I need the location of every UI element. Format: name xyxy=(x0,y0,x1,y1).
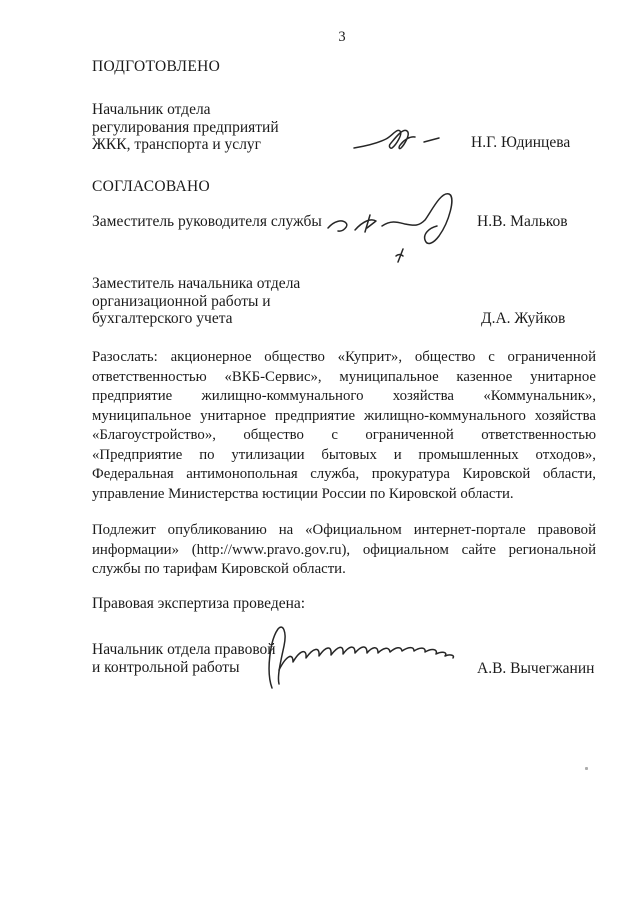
legal-review-label: Правовая экспертиза проведена: xyxy=(92,595,305,613)
name-yudintseva: Н.Г. Юдинцева xyxy=(471,134,570,152)
name-vychegzhanin: А.В. Вычегжанин xyxy=(477,660,594,678)
deputy-head-department-position: Заместитель начальника отдела организаци… xyxy=(92,275,300,328)
prepared-heading: ПОДГОТОВЛЕНО xyxy=(92,58,220,76)
position-line: Заместитель начальника отдела xyxy=(92,275,300,293)
paragraph-line: Федеральная антимонопольная служба, прок… xyxy=(92,465,596,485)
paragraph-line: предприятие жилищно-коммунального хозяйс… xyxy=(92,387,596,407)
paragraph-line: Подлежит опубликованию на «Официальном и… xyxy=(92,521,596,541)
deputy-head-service-position: Заместитель руководителя службы xyxy=(92,213,322,231)
position-line: регулирования предприятий xyxy=(92,119,279,137)
name-malkov: Н.В. Мальков xyxy=(477,213,568,231)
paragraph-line: управление Министерства юстиции России п… xyxy=(92,485,596,505)
paragraph-line: муниципальное унитарное предприятие жили… xyxy=(92,407,596,427)
handwritten-signature-icon xyxy=(352,123,452,157)
distribution-paragraph: Разослать: акционерное общество «Куприт»… xyxy=(92,348,596,504)
name-zhuykov: Д.А. Жуйков xyxy=(481,310,565,328)
signature-malkov xyxy=(325,187,480,269)
paragraph-line: Разослать: акционерное общество «Куприт»… xyxy=(92,348,596,368)
document-page: 3 ПОДГОТОВЛЕНО Начальник отдела регулиро… xyxy=(0,0,640,905)
handwritten-signature-icon xyxy=(325,187,480,269)
agreed-heading: СОГЛАСОВАНО xyxy=(92,178,210,196)
position-line: организационной работы и xyxy=(92,293,300,311)
paragraph-line: ответственностью «ВКБ-Сервис», муниципал… xyxy=(92,368,596,388)
position-line: и контрольной работы xyxy=(92,659,276,677)
position-line: бухгалтерского учета xyxy=(92,310,300,328)
publication-paragraph: Подлежит опубликованию на «Официальном и… xyxy=(92,521,596,580)
paragraph-line: «Предприятие по утилизации бытовых и про… xyxy=(92,446,596,466)
legal-officer-position: Начальник отдела правовой и контрольной … xyxy=(92,641,276,676)
paragraph-line: службы по тарифам Кировской области. xyxy=(92,560,596,580)
page-number: 3 xyxy=(330,29,354,46)
signature-vychegzhanin xyxy=(262,624,467,692)
scan-speck xyxy=(585,767,588,770)
position-line: Начальник отдела правовой xyxy=(92,641,276,659)
paragraph-line: «Благоустройство», общество с ограниченн… xyxy=(92,426,596,446)
signature-yudintseva xyxy=(352,123,452,157)
position-line: ЖКК, транспорта и услуг xyxy=(92,136,279,154)
handwritten-signature-icon xyxy=(262,624,467,692)
paragraph-line: информации» (http://www.pravo.gov.ru), о… xyxy=(92,541,596,561)
prepared-position: Начальник отдела регулирования предприят… xyxy=(92,101,279,154)
position-line: Начальник отдела xyxy=(92,101,279,119)
